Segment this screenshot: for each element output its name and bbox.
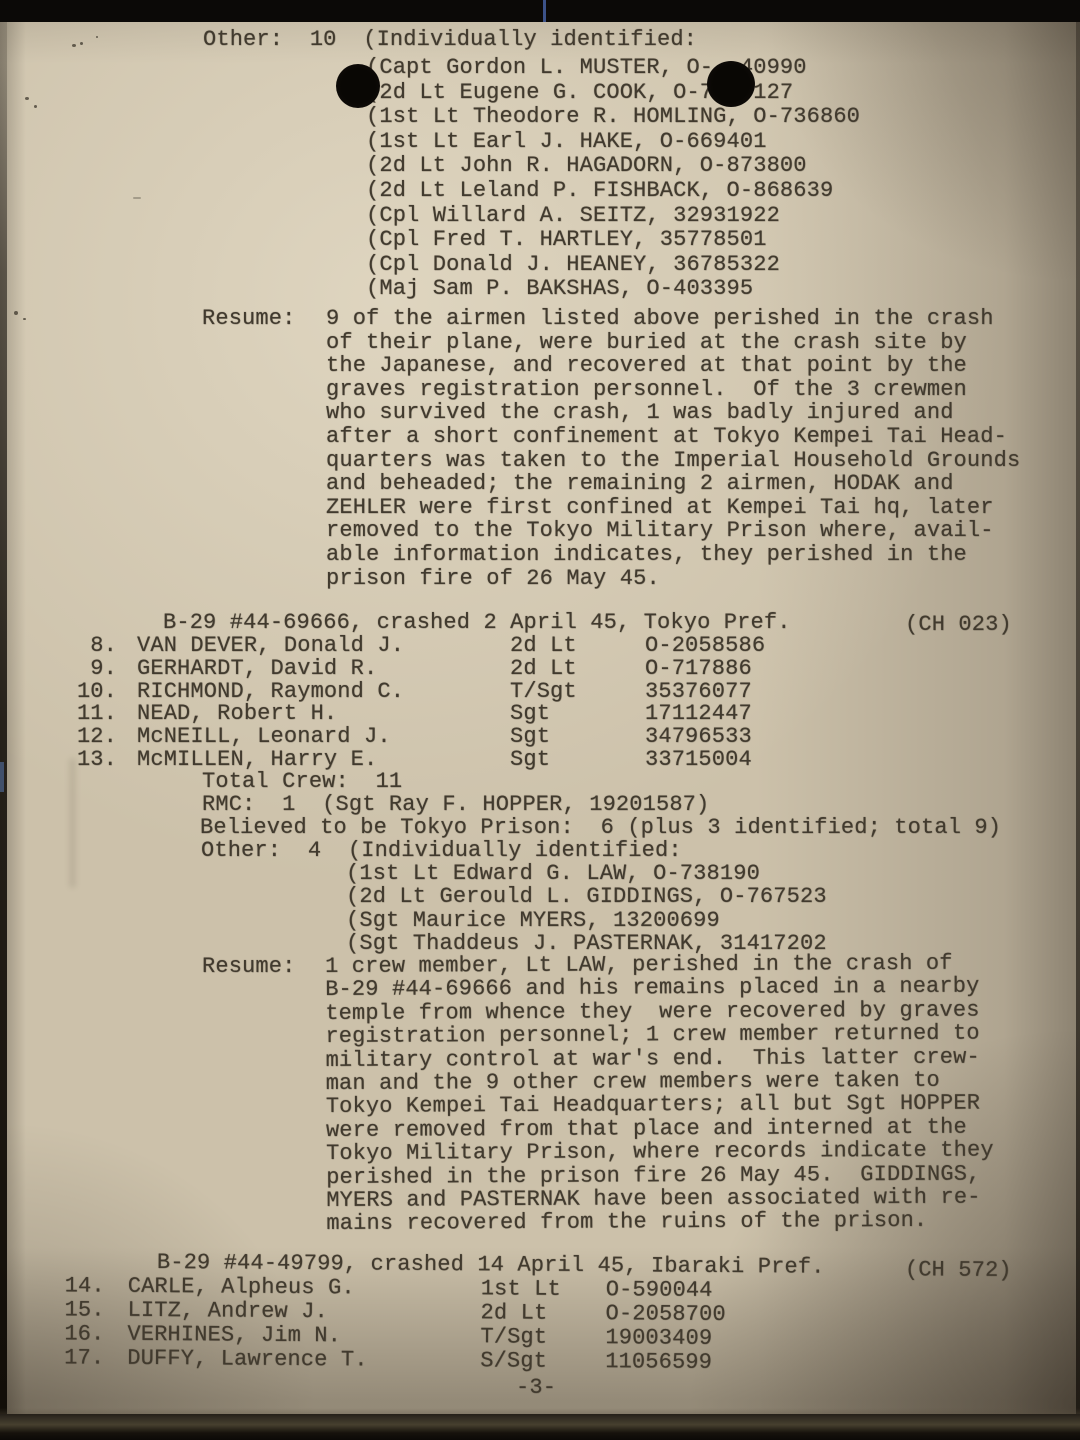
scan-smudge	[69, 758, 76, 888]
ink-speck	[80, 42, 83, 45]
ink-speck	[34, 105, 37, 108]
ink-speck	[14, 311, 18, 315]
crew-serial: O-2058700	[605, 1302, 725, 1327]
hole-punch-right	[707, 61, 755, 107]
crew-number: 15.	[33, 1298, 105, 1323]
ink-speck	[72, 44, 76, 47]
blue-edge-mark	[0, 762, 4, 792]
crew-serial: 19003409	[605, 1326, 712, 1351]
crew-rank: 2d Lt	[480, 1301, 547, 1325]
crash2-case-ref: (CH 572)	[905, 1258, 1012, 1283]
crew-serial: O-590044	[606, 1278, 713, 1303]
crew-rank: S/Sgt	[480, 1349, 547, 1373]
ink-speck	[23, 318, 26, 320]
crew-rank: 1st Lt	[481, 1277, 561, 1302]
crew-name: CARLE, Alpheus G.	[128, 1275, 355, 1301]
typewritten-content: Other: 10 (Individually identified: (Cap…	[0, 0, 1080, 1440]
crew-name: LITZ, Andrew J.	[127, 1299, 327, 1324]
crash2-block: B-29 #44-49799, crashed 14 April 45, Iba…	[0, 0, 1080, 1440]
ink-speck	[25, 97, 29, 100]
crew-number: 16.	[32, 1322, 104, 1347]
crew-number: 17.	[32, 1346, 104, 1371]
crew-serial: 11056599	[605, 1350, 712, 1375]
crew-rank: T/Sgt	[480, 1325, 547, 1349]
crew-name: DUFFY, Lawrence T.	[127, 1347, 368, 1373]
hole-punch-left	[336, 64, 380, 108]
scanner-top-edge	[0, 0, 1080, 22]
scan-right-edge	[1076, 22, 1080, 1414]
crash2-crew-table: 14. CARLE, Alpheus G. 1st Lt O-590044 15…	[0, 1274, 1080, 1378]
ink-speck	[133, 197, 141, 199]
scan-left-edge	[0, 22, 7, 1414]
crew-name: VERHINES, Jim N.	[127, 1323, 341, 1348]
scanned-document-page: Other: 10 (Individually identified: (Cap…	[0, 0, 1080, 1440]
page-number: -3-	[516, 1376, 556, 1400]
crew-number: 14.	[33, 1274, 105, 1299]
scanner-bottom-edge	[0, 1408, 1080, 1440]
ink-speck	[96, 36, 98, 38]
blue-top-mark	[543, 0, 546, 22]
